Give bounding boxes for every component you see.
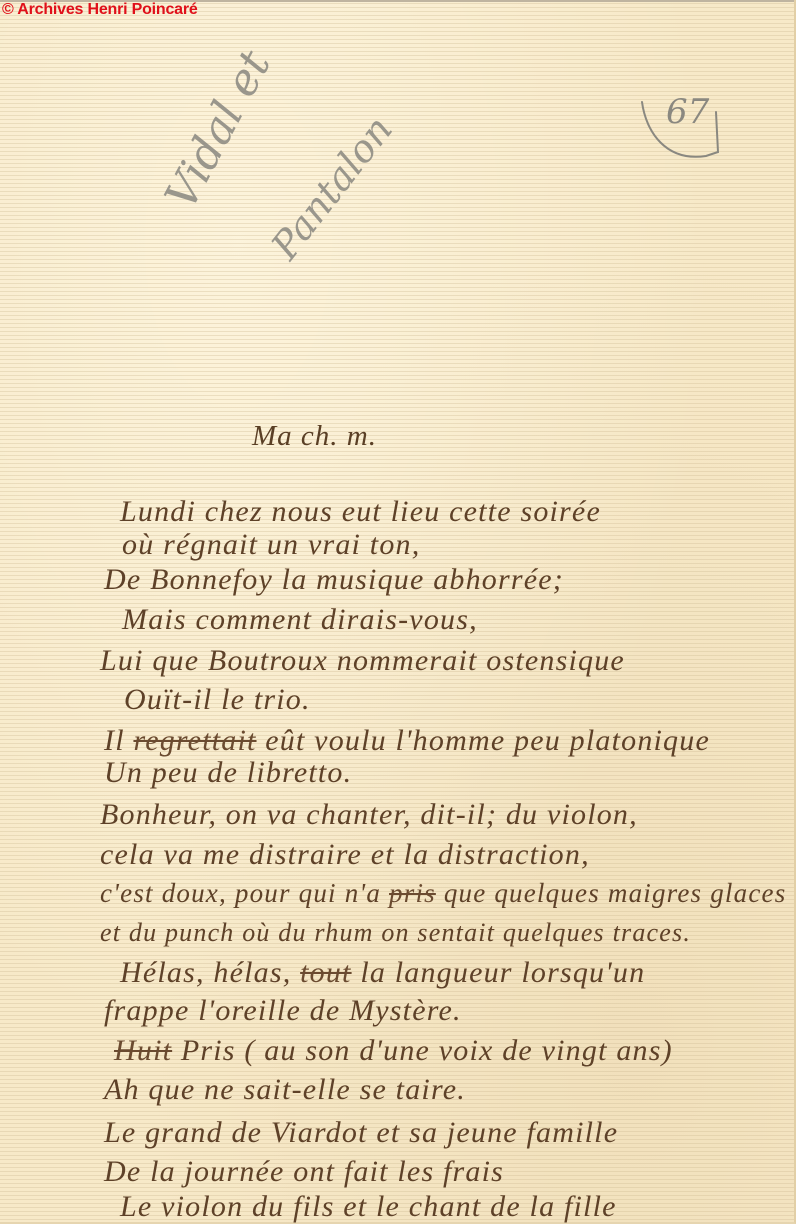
struck-word: pris	[389, 878, 436, 908]
poem-line-7: Il regrettait eût voulu l'homme peu plat…	[104, 726, 710, 756]
poem-line-12: et du punch où du rhum on sentait quelqu…	[100, 920, 691, 946]
poem-line-3: De Bonnefoy la musique abhorrée;	[104, 565, 564, 595]
line-text: Mais comment dirais-vous,	[122, 603, 478, 636]
struck-word: Huit	[114, 1034, 172, 1067]
line-text: Le violon du fils et le chant de la fill…	[120, 1190, 617, 1223]
line-text: Lundi chez nous eut lieu cette soirée	[120, 495, 601, 528]
poem-line-16: Ah que ne sait-elle se taire.	[104, 1075, 466, 1105]
line-text: la langueur lorsqu'un	[360, 956, 645, 989]
struck-word: tout	[300, 956, 351, 989]
line-text: Ah que ne sait-elle se taire.	[104, 1073, 466, 1106]
line-text: cela va me distraire et la distraction,	[100, 838, 590, 871]
poem-line-1: Lundi chez nous eut lieu cette soirée	[120, 497, 601, 527]
line-text: Il	[104, 724, 125, 757]
poem-line-5: Lui que Boutroux nommerait ostensique	[100, 646, 625, 676]
line-text: De la journée ont fait les frais	[104, 1155, 504, 1188]
poem-line-17: Le grand de Viardot et sa jeune famille	[104, 1118, 618, 1148]
poem-line-8: Un peu de libretto.	[104, 758, 352, 788]
line-text: Pris ( au son d'une voix de vingt ans)	[181, 1034, 673, 1067]
struck-word: regrettait	[133, 724, 256, 757]
poem-line-14: frappe l'oreille de Mystère.	[104, 996, 462, 1026]
line-text: Ouït-il le trio.	[124, 683, 311, 716]
line-text: eût voulu l'homme peu platonique	[265, 724, 710, 757]
poem-line-19: Le violon du fils et le chant de la fill…	[120, 1192, 617, 1222]
poem-body: Lundi chez nous eut lieu cette soirée où…	[0, 0, 800, 1232]
poem-line-9: Bonheur, on va chanter, dit-il; du violo…	[100, 800, 638, 830]
poem-line-6: Ouït-il le trio.	[124, 685, 311, 715]
line-text: c'est doux, pour qui n'a	[100, 878, 381, 908]
poem-line-11: c'est doux, pour qui n'a pris que quelqu…	[100, 880, 786, 907]
line-text: et du punch où du rhum on sentait quelqu…	[100, 918, 691, 947]
line-text: Bonheur, on va chanter, dit-il; du violo…	[100, 798, 638, 831]
line-text: De Bonnefoy la musique abhorrée;	[104, 563, 564, 596]
line-text: frappe l'oreille de Mystère.	[104, 994, 462, 1027]
poem-line-2: où régnait un vrai ton,	[122, 530, 420, 560]
line-text: Un peu de libretto.	[104, 756, 352, 789]
line-text: Le grand de Viardot et sa jeune famille	[104, 1116, 618, 1149]
line-text: Lui que Boutroux nommerait ostensique	[100, 644, 625, 677]
manuscript-page: © Archives Henri Poincaré Vidal et Panta…	[0, 0, 796, 1224]
line-text: où régnait un vrai ton,	[122, 528, 420, 561]
poem-line-10: cela va me distraire et la distraction,	[100, 840, 590, 870]
line-text: que quelques maigres glaces	[444, 878, 787, 908]
poem-line-4: Mais comment dirais-vous,	[122, 605, 478, 635]
poem-line-13: Hélas, hélas, tout la langueur lorsqu'un	[120, 958, 645, 988]
line-text: Hélas, hélas,	[120, 956, 291, 989]
poem-line-15: Huit Pris ( au son d'une voix de vingt a…	[114, 1036, 673, 1066]
poem-line-18: De la journée ont fait les frais	[104, 1157, 504, 1187]
